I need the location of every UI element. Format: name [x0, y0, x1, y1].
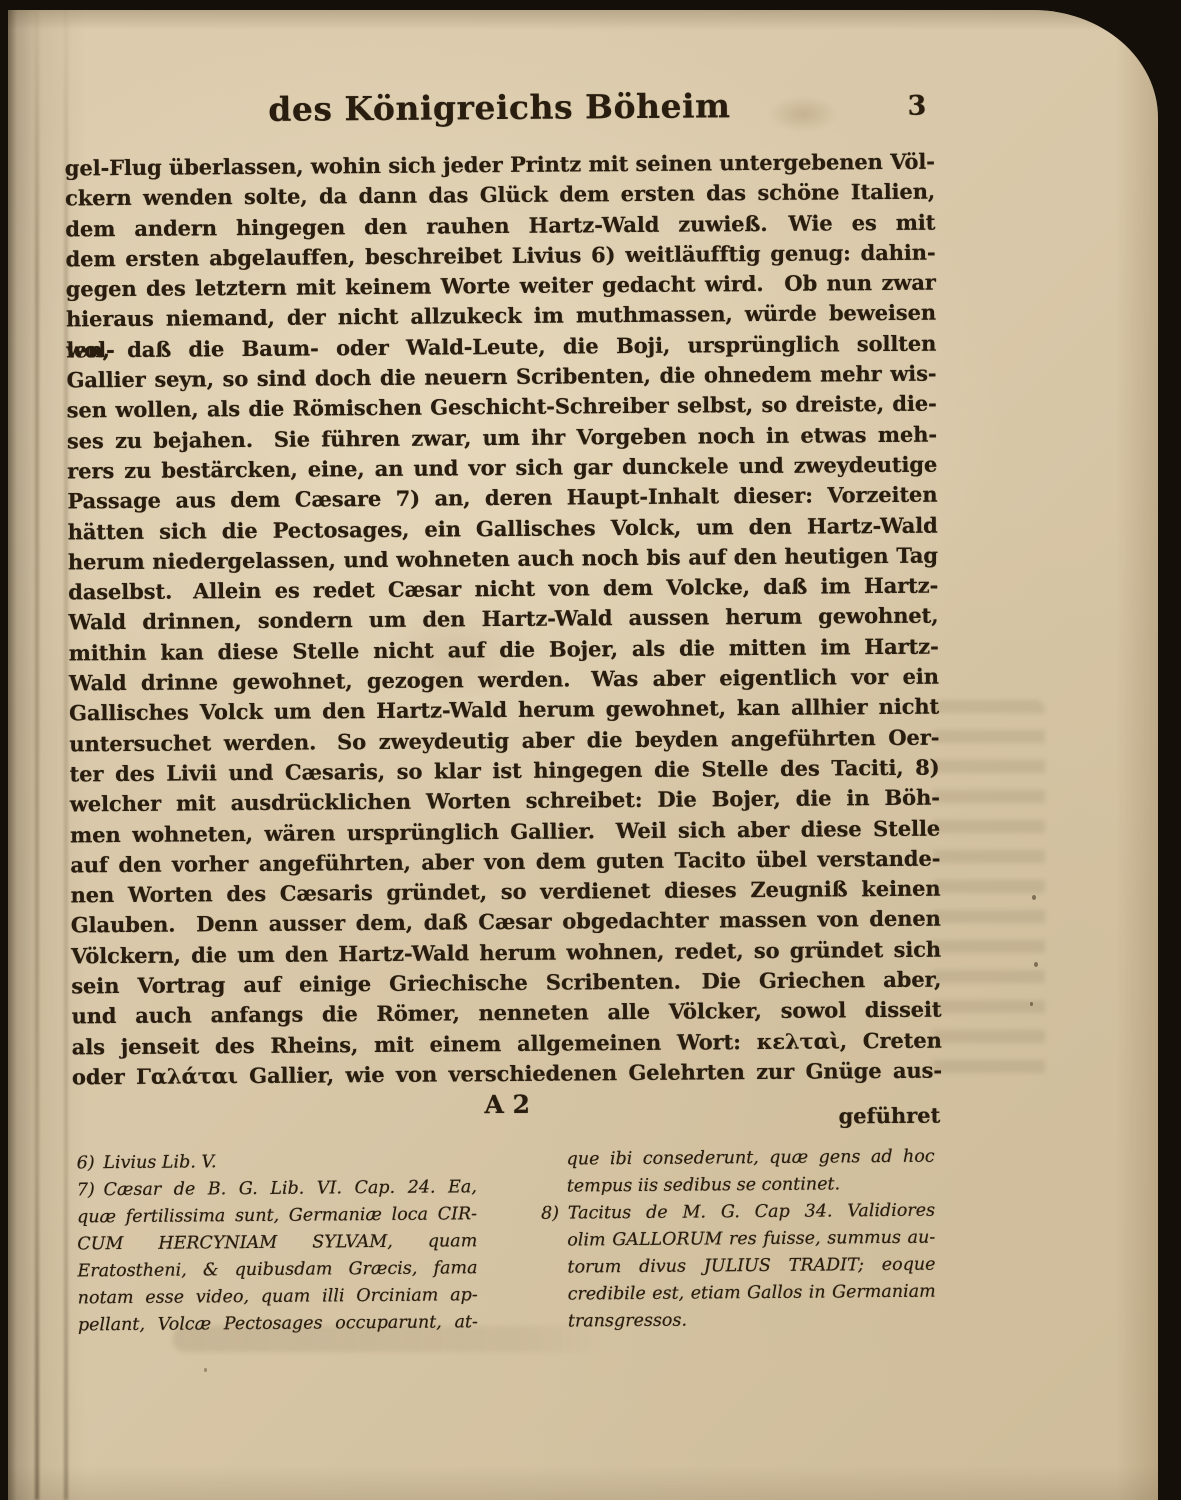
footnotes-section: 6) Livius Lib. V.7) Cæsar de B. G. Lib. …: [73, 1144, 945, 1351]
catchword: geführet: [838, 1103, 940, 1129]
footnote-line: credibile est, etiam Gallos in Germaniam: [542, 1279, 936, 1309]
footnote-line: torum divus JULIUS TRADIT; eoque: [541, 1252, 935, 1282]
footnote-line: Eratostheni, & quibusdam Græcis, fama: [77, 1255, 477, 1285]
footnote-line: notam esse video, quam illi Orciniam ap-: [78, 1282, 478, 1312]
binding-crease: [35, 10, 39, 1500]
ink-speck: [1034, 962, 1038, 967]
page-header: des Königreichs Böheim 3: [64, 85, 934, 140]
running-title: des Königreichs Böheim: [64, 85, 934, 131]
ink-speck: [1030, 1002, 1033, 1006]
footnote-line: quæ fertilissima sunt, Germaniæ loca CIR…: [77, 1201, 477, 1231]
footnote-line: que ibi consederunt, quæ gens ad hoc: [541, 1144, 935, 1174]
page-number: 3: [907, 91, 926, 122]
book-page: des Königreichs Böheim 3 gel-Flug überla…: [8, 10, 1158, 1500]
footnote-column-left: 6) Livius Lib. V.7) Cæsar de B. G. Lib. …: [77, 1147, 478, 1339]
printed-text-block: des Königreichs Böheim 3 gel-Flug überla…: [64, 85, 944, 1351]
ink-speck: [1032, 895, 1036, 900]
ink-bleedthrough: [933, 700, 1045, 1090]
footnote-line: transgressos.: [542, 1306, 936, 1336]
scanned-book-page: { "scan": { "paper_color": "#d8c7a8", "i…: [0, 0, 1181, 1500]
signature-row: A 2 geführet: [72, 1086, 942, 1137]
ink-speck: [204, 1368, 207, 1372]
footnote-line: 7) Cæsar de B. G. Lib. VI. Cap. 24. Ea,: [77, 1174, 477, 1204]
footnote-line: 8) Tacitus de M. G. Cap 34. Validiores: [541, 1198, 935, 1228]
body-text: gel-Flug überlassen, wohin sich jeder Pr…: [65, 147, 942, 1093]
footnote-line: 6) Livius Lib. V.: [77, 1147, 477, 1177]
footnote-line: pellant, Volcæ Pectosages occuparunt, at…: [78, 1309, 478, 1339]
signature-mark: A 2: [72, 1087, 942, 1123]
footnote-column-right: que ibi consederunt, quæ gens ad hoctemp…: [541, 1144, 936, 1336]
footnote-line: olim GALLORUM res fuisse, summus au-: [541, 1225, 935, 1255]
footnote-line: CUM HERCYNIAM SYLVAM, quam: [77, 1228, 477, 1258]
footnote-line: tempus iis sedibus se continet.: [541, 1171, 935, 1201]
